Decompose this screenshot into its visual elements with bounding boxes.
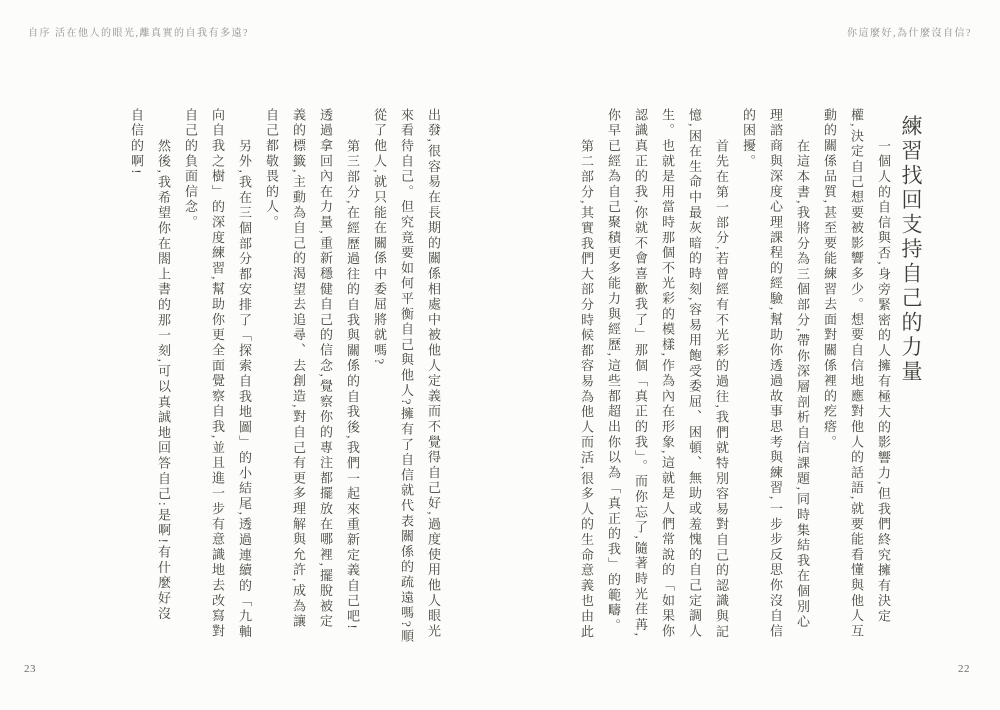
- text-column: 然後,我希望你在閤上書的那一刻,可以真誠地回答自己:是啊!有什麼好沒: [150, 108, 177, 673]
- text-column: 你早已經為自己聚積更多能力與經歷,這些都超出你以為「真正的我」的範疇。: [600, 108, 627, 673]
- text-column: 首先在第一部分,若曾經有不光彩的過往,我們就特別容易對自己的認識與記: [708, 108, 735, 673]
- text-column: 的困擾。: [735, 108, 762, 673]
- text-column: 出發,很容易在長期的關係相處中被他人定義而不覺得自己好,過度使用他人眼光: [420, 108, 447, 673]
- text-column: 憶,困在生命中最灰暗的時刻,容易用飽受委屈、困頓、無助或羞愧的自己定調人: [681, 108, 708, 673]
- text-column: 一個人的自信與否,身旁緊密的人擁有極大的影響力,但我們終究擁有決定: [870, 108, 897, 673]
- page-number-left: 23: [24, 663, 36, 675]
- text-column: 自信的啊!: [123, 108, 150, 673]
- text-column: 從了他人,就只能在關係中委屈將就嗎?: [366, 108, 393, 673]
- running-head-right: 你這麼好,為什麼沒自信?: [847, 24, 972, 39]
- text-column: 權,決定自己想要被影響多少。想要自信地應對他人的話語,就要能看懂與他人互: [843, 108, 870, 673]
- text-column: 在這本書,我將分為三個部分,帶你深層剖析自信課題,同時集結我在個別心: [789, 108, 816, 673]
- text-column: 自己的負面信念。: [177, 108, 204, 673]
- text-column: 義的標籤,主動為自己的渴望去追尋、去創造,對自己有更多理解與允許,成為讓: [285, 108, 312, 673]
- text-column: 動的關係品質,甚至要能練習去面對關係裡的疙瘩。: [816, 108, 843, 673]
- right-page-body: 一個人的自信與否,身旁緊密的人擁有極大的影響力,但我們終究擁有決定 權,決定自己…: [573, 108, 897, 673]
- text-column: 向自我之樹」的深度練習,幫助你更全面覺察自我,並且進一步有意識地去改寫對: [204, 108, 231, 673]
- text-column: 自己都敬畏的人。: [258, 108, 285, 673]
- text-column: 第二部分,其實我們大部分時候都容易為他人而活,很多人的生命意義也由此: [573, 108, 600, 673]
- chapter-title: 練習找回支持自己的力量: [896, 115, 926, 385]
- text-column: 第三部分,在經歷過往的自我與關係的自我後,我們一起來重新定義自己吧!: [339, 108, 366, 673]
- text-column: 理諮商與深度心理課程的經驗,幫助你透過故事思考與練習,一步步反思你沒自信: [762, 108, 789, 673]
- left-page-body: 出發,很容易在長期的關係相處中被他人定義而不覺得自己好,過度使用他人眼光 來看待…: [123, 108, 447, 673]
- book-spread: 自序 活在他人的眼光,離真實的自我有多遠? 你這麼好,為什麼沒自信? 練習找回支…: [0, 0, 1000, 710]
- page-number-right: 22: [958, 663, 970, 675]
- text-column: 透過拿回內在力量,重新穩健自己的信念,覺察你的專注都擺放在哪裡,擺脫被定: [312, 108, 339, 673]
- running-head-left: 自序 活在他人的眼光,離真實的自我有多遠?: [28, 24, 249, 39]
- text-column: 來看待自己。但究竟要如何平衡自己與他人?擁有了自信就代表關係的疏遠嗎?順: [393, 108, 420, 673]
- text-column: 認識真正的我,你就不會喜歡我了」那個「真正的我」。而你忘了,隨著時光荏苒,: [627, 108, 654, 673]
- text-column: 另外,我在三個部分都安排了「探索自我地圖」的小結尾,透過連續的「九軸: [231, 108, 258, 673]
- text-column: 生。也就是用當時那個不光彩的模樣,作為內在形象,這就是人們常說的「如果你: [654, 108, 681, 673]
